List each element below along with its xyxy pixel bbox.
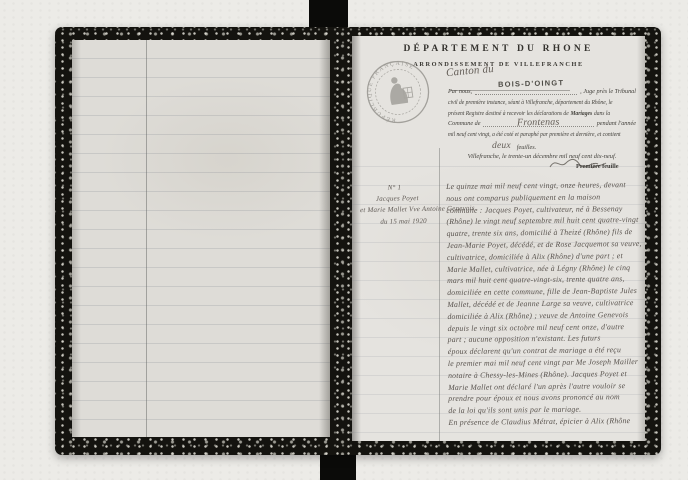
form-line-cote: mil neuf cent vingt, a été coté et parap…: [448, 131, 617, 138]
form-line-par-nous: Par nous, , Juge près le Tribunal: [448, 88, 636, 95]
juge-label: , Juge près le Tribunal: [580, 88, 636, 95]
form-line-commune: Commune de Frontenas pendant l'année: [448, 120, 636, 127]
par-nous-label: Par nous,: [448, 88, 472, 95]
form-line-registre: présent Registre destiné à recevoir les …: [448, 110, 617, 117]
republique-francaise-stamp-icon: RÉPUBLIQUE FRANÇAISE: [361, 55, 436, 130]
act-line: Le quinze mai mil neuf cent vingt, onze …: [446, 179, 644, 193]
right-page: DÉPARTEMENT DU RHONE ARRONDISSEMENT DE V…: [352, 36, 645, 441]
mariages-bold: Mariages: [570, 110, 592, 117]
left-page-blank: [72, 40, 330, 437]
feuilles-count-handwritten: deux: [492, 141, 511, 151]
binding-clamp-bottom: [320, 454, 356, 480]
pendant-annee-label: pendant l'année: [597, 120, 636, 127]
commune-blank-line: Frontenas: [483, 120, 593, 127]
commune-handwritten: Frontenas: [516, 117, 559, 129]
act-line: En présence de Claudius Métrat, épicier …: [448, 415, 645, 429]
department-title: DÉPARTEMENT DU RHONE: [352, 44, 645, 54]
registre-text-after: dans la: [594, 110, 610, 117]
binding-clamp-top: [309, 0, 348, 30]
premiere-feuille-label: Première feuille: [576, 163, 619, 170]
act-line: prendre pour époux et nous avons prononc…: [448, 391, 645, 405]
register-scan: DÉPARTEMENT DU RHONE ARRONDISSEMENT DE V…: [0, 0, 688, 480]
blank-dotted-line: [475, 89, 577, 95]
form-line-feuilles: deux feuilles.: [492, 141, 536, 151]
feuilles-label: feuilles.: [517, 144, 536, 151]
act-body-text: Le quinze mai mil neuf cent vingt, onze …: [446, 179, 645, 429]
commune-label: Commune de: [448, 120, 480, 127]
registre-text-before: présent Registre destiné à recevoir les …: [448, 110, 569, 117]
form-line-instance: civil de première instance, séant à Vill…: [448, 99, 617, 106]
